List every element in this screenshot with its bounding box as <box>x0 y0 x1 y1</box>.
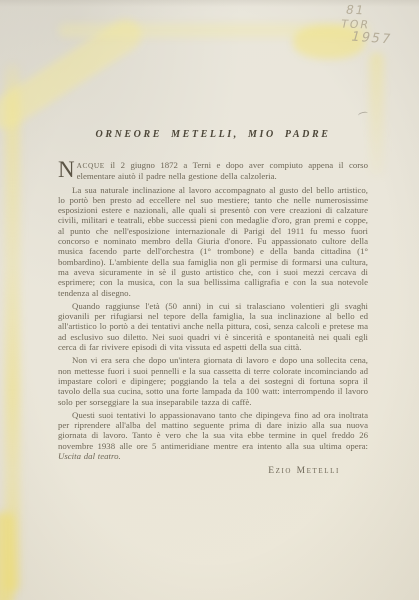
paragraph-1-smallcaps: acque <box>77 161 105 170</box>
stain-topleft-diagonal <box>0 13 148 135</box>
pencil-annotation-year: 1957 <box>349 30 394 48</box>
article-body: Nacque il 2 giugno 1872 a Terni e dopo a… <box>58 160 368 477</box>
stain-bottomleft-edge <box>0 512 14 600</box>
paragraph-5: Questi suoi tentativi lo appassionavano … <box>58 407 368 461</box>
paragraph-5-work-title: Uscita dal teatro. <box>58 451 121 461</box>
scanned-book-page: 81 TOR 1957 ORNEORE METELLI, MIO PADRE N… <box>0 0 419 600</box>
paragraph-4: Non vi era sera che dopo un'intera giorn… <box>58 352 368 406</box>
stain-left-edge <box>5 62 20 592</box>
paragraph-1: Nacque il 2 giugno 1872 a Terni e dopo a… <box>58 160 368 182</box>
stain-top-band <box>58 23 370 38</box>
stain-right-edge <box>369 52 384 177</box>
paragraph-2: La sua naturale inclinazione al lavoro a… <box>58 182 368 298</box>
paragraph-3: Quando raggiunse l'età (50 anni) in cui … <box>58 298 368 352</box>
pencil-mark <box>358 111 369 118</box>
paragraph-5-text: Questi suoi tentativi lo appassionavano … <box>58 410 368 451</box>
page-title: ORNEORE METELLI, MIO PADRE <box>58 129 368 140</box>
paragraph-1-text: il 2 giugno 1872 a Terni e dopo aver com… <box>77 160 368 181</box>
author-signature: Ezio Metelli <box>58 466 368 476</box>
drop-cap-initial: N <box>58 160 77 179</box>
pencil-annotation-number: 81 <box>345 3 367 18</box>
